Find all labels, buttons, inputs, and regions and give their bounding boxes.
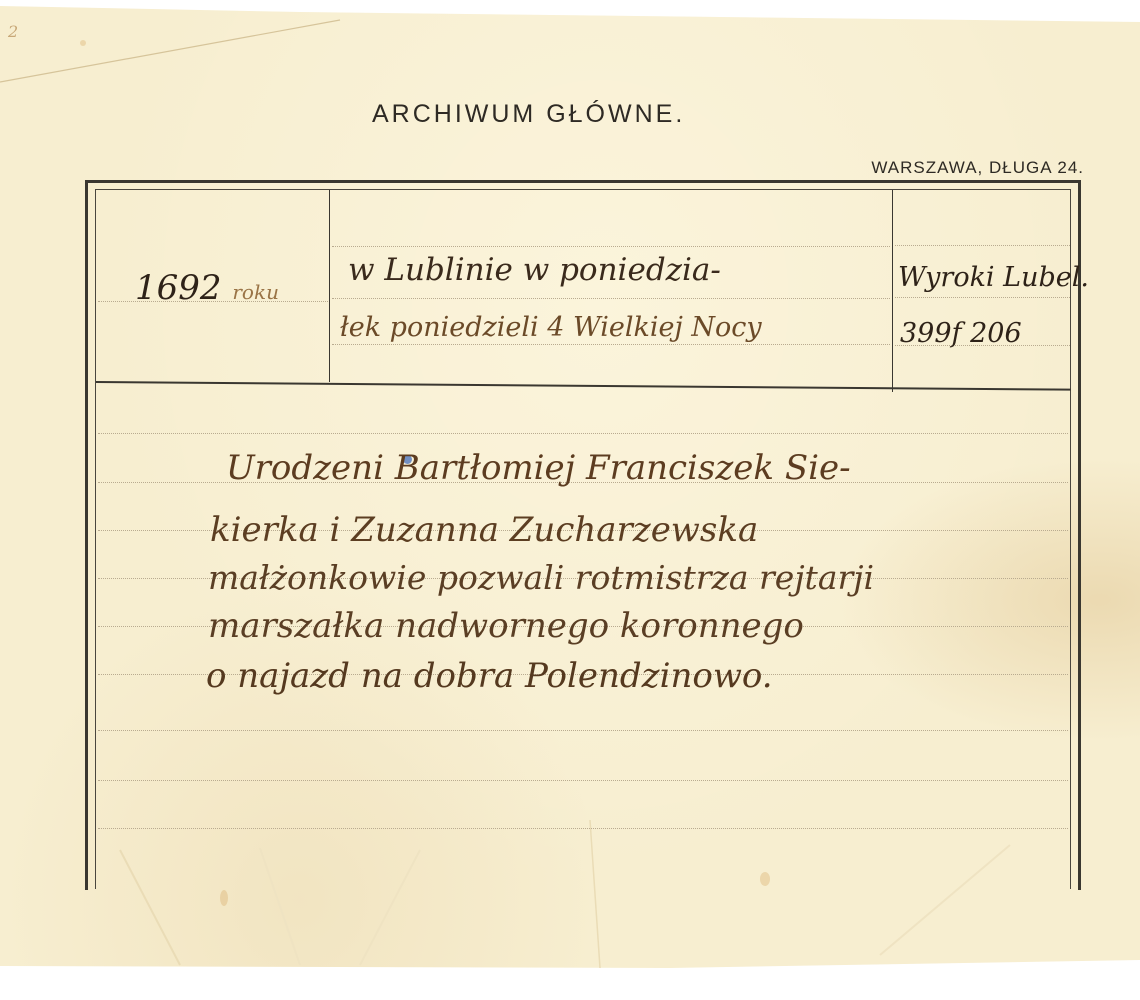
guide-line — [98, 780, 1068, 781]
guide-line — [895, 297, 1070, 298]
page-number-mark: 2 — [8, 22, 18, 41]
guide-line — [98, 433, 1068, 434]
entry-place-date-line-1: w Lublinie w poniedzia- — [348, 252, 721, 288]
guide-line — [98, 828, 1068, 829]
entry-body-line-5: o najazd na dobra Polendzinowo. — [206, 656, 773, 696]
entry-body-line-1: Urodzeni Bartłomiej Franciszek Sie- — [226, 448, 851, 488]
entry-body-line-2: kierka i Zuzanna Zucharzewska — [210, 510, 758, 550]
entry-year-suffix: roku — [232, 280, 279, 304]
entry-body-line-4: marszałka nadwornego koronnego — [208, 606, 804, 646]
guide-line — [332, 298, 890, 299]
guide-line — [98, 730, 1068, 731]
paper-stain — [80, 40, 86, 46]
entry-body-line-3: małżonkowie pozwali rotmistrza rejtarji — [208, 558, 874, 597]
column-divider-2 — [892, 190, 893, 392]
institution-title: ARCHIWUM GŁÓWNE. — [372, 100, 685, 129]
paper-stain — [220, 890, 228, 906]
entry-year-number: 1692 — [135, 268, 222, 308]
institution-address: WARSZAWA, DŁUGA 24. — [871, 158, 1084, 178]
guide-line — [332, 344, 890, 345]
entry-source-line-2: 399f 206 — [900, 318, 1022, 349]
entry-place-date-line-2: łek poniedzieli 4 Wielkiej Nocy — [340, 312, 762, 343]
entry-year: 1692 roku — [135, 268, 279, 308]
guide-line — [332, 246, 890, 247]
entry-source-line-1: Wyroki Lubel. — [898, 262, 1089, 293]
column-divider-1 — [329, 190, 330, 382]
guide-line — [895, 245, 1070, 246]
